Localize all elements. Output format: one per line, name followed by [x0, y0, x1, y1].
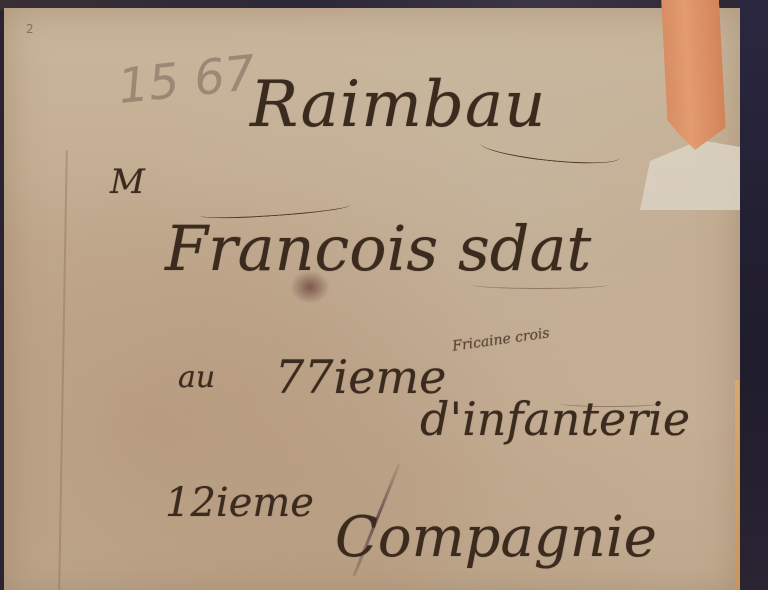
company-number: 12ieme: [165, 480, 314, 526]
corner-mark: 2: [26, 22, 34, 36]
given-name-and-role: Francois sdat: [165, 212, 591, 285]
paper-right-edge: [735, 380, 739, 590]
background-right-edge: [738, 0, 768, 590]
unit-prefix: au: [178, 360, 215, 395]
company-label: Compagnie: [335, 505, 657, 570]
salutation: M: [110, 162, 145, 202]
underline-stroke: [470, 280, 610, 289]
surname: Raimbau: [250, 68, 546, 142]
regiment-type: d'infanterie: [420, 392, 690, 446]
underline-stroke-2: [560, 400, 660, 407]
